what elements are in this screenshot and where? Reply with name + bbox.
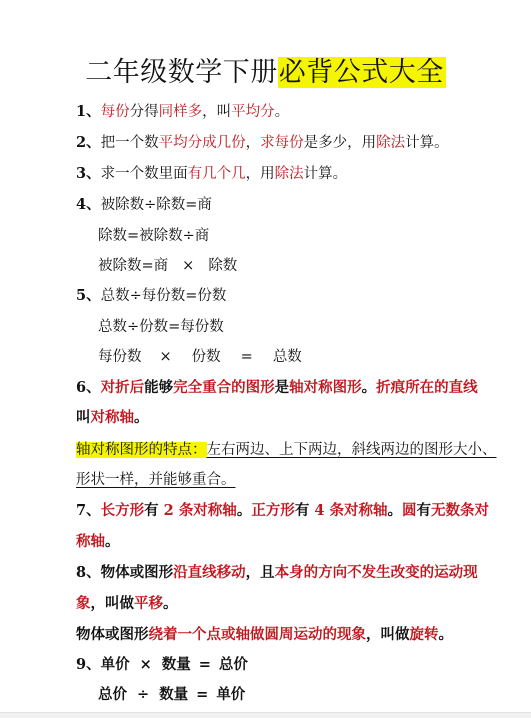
formula-term: 除数 [208,258,237,274]
item-5-formula-3: 每份数×份数=总数 [98,347,302,367]
emphasis-text: 平移 [134,595,163,612]
text: 物体或图形 [76,626,149,643]
emphasis-text: 圆 [402,502,417,519]
title-highlight: 必背公式大全 [278,57,446,88]
text: 能够 [144,379,173,396]
emphasis-text: 条对称轴 [179,502,237,519]
text: 。 [105,533,120,550]
item-number: 8、 [76,564,101,581]
text: ，用 [246,166,275,182]
item-8-rotation: 物体或图形绕着一个点或轴做圆周运动的现象，叫做旋转。 [76,625,453,645]
item-9: 9、单价×数量=总价 [76,655,248,675]
emphasis-text: 平均分 [231,104,275,120]
formula-term: 总价 [219,656,248,673]
item-8: 8、物体或图形沿直线移动，且本身的方向不发生改变的运动现 [76,563,478,583]
emphasis-text: 本身的方向不发生改变的运动现 [275,564,478,581]
item-number: 1、 [76,103,101,120]
formula-term: 每份数 [98,349,142,365]
emphasis-text: 无数条对 [431,502,489,519]
formula: 总数÷份数=每份数 [98,319,224,335]
emphasis-text: 平均分成几份 [159,135,246,151]
text: ，叫 [202,104,231,120]
item-6-continued: 叫对称轴。 [76,408,149,428]
feature-text: 左右两边、上下两边，斜线两边的图形大小、 [207,442,497,458]
text: 。 [275,104,290,120]
text: 。 [134,409,149,426]
text: 是 [275,379,290,396]
item-number: 4、 [76,196,101,213]
emphasis-text: 正方形 [251,502,295,519]
item-3: 3、求一个数里面有几个几，用除法计算。 [76,164,347,184]
item-number: 9、 [76,656,101,673]
multiply-operator: × [160,349,172,365]
item-6: 6、对折后能够完全重合的图形是轴对称图形。折痕所在的直线 [76,378,478,398]
text: 求一个数里面 [101,166,188,182]
emphasis-text: 除法 [376,135,405,151]
emphasis-text: 除法 [275,166,304,182]
text: 有 [144,502,159,519]
feature-label: 轴对称图形的特点： [76,442,207,458]
item-5-formula-2: 总数÷份数=每份数 [98,317,224,337]
symmetry-feature-note-continued: 形状一样，并能够重合。 [76,470,236,490]
formula-term: 份数 [192,349,221,365]
item-5: 5、总数÷每份数=份数 [76,286,226,306]
text: ，叫做 [91,595,135,612]
emphasis-text: 沿直线移动 [173,564,246,581]
item-number: 5、 [76,287,101,304]
title-plain: 二年级数学下册 [85,57,278,88]
divide-operator: ÷ [137,686,149,703]
item-7-continued: 称轴。 [76,532,120,552]
formula-term: 被除数=商 [98,258,168,274]
formula-term: 数量 [159,686,188,703]
item-number: 3、 [76,165,101,182]
emphasis-text: 轴对称图形 [289,379,362,396]
emphasis-text: 完全重合的图形 [173,379,275,396]
emphasis-number: 4 [314,502,324,519]
formula-term: 总数 [273,349,302,365]
text: 计算。 [405,135,449,151]
emphasis-text: 每份 [101,104,130,120]
emphasis-text: 称轴 [76,533,105,550]
emphasis-number: 2 [164,502,174,519]
page-bottom-edge [0,712,531,718]
text: 计算。 [304,166,348,182]
text: 叫 [76,409,91,426]
item-7: 7、长方形有 2 条对称轴。正方形有 4 条对称轴。圆有无数条对 [76,501,489,521]
text: 。 [388,502,403,519]
text: 有 [417,502,432,519]
item-4-formula-2: 除数=被除数÷商 [98,226,209,246]
feature-text: 形状一样，并能够重合。 [76,472,236,488]
emphasis-text: 对折后 [101,379,145,396]
text: 是多少，用 [304,135,377,151]
emphasis-text: 旋转 [410,626,439,643]
emphasis-text: 求每份 [260,135,304,151]
text: ，且 [246,564,275,581]
item-2: 2、把一个数平均分成几份，求每份是多少，用除法计算。 [76,133,449,153]
text: 有 [295,502,310,519]
emphasis-text: 条对称轴 [330,502,388,519]
text: 。 [362,379,377,396]
text: 。 [439,626,454,643]
equals-operator: = [241,349,253,365]
item-9-formula-2: 总价÷数量=单价 [98,685,245,705]
formula-term: 总价 [98,686,127,703]
formula-term: 数量 [162,656,191,673]
item-number: 7、 [76,502,101,519]
emphasis-text: 长方形 [101,502,145,519]
multiply-operator: × [182,258,194,274]
formula: 被除数÷除数=商 [101,197,212,213]
text: 。 [237,502,252,519]
page-title: 二年级数学下册必背公式大全 [0,55,531,91]
item-4-formula-3: 被除数=商×除数 [98,256,237,276]
equals-operator: = [199,656,211,673]
formula: 总数÷每份数=份数 [101,288,227,304]
text: ， [246,135,261,151]
emphasis-text: 对称轴 [91,409,135,426]
emphasis-text: 有几个几 [188,166,246,182]
text: ，叫做 [366,626,410,643]
text: 。 [163,595,178,612]
item-number: 2、 [76,134,101,151]
text: 分得 [130,104,159,120]
formula: 除数=被除数÷商 [98,228,209,244]
item-number: 6、 [76,379,101,396]
emphasis-text: 绕着一个点或轴做圆周运动的现象 [149,626,367,643]
item-1: 1、每份分得同样多，叫平均分。 [76,102,289,122]
item-4: 4、被除数÷除数=商 [76,195,212,215]
document-page: 二年级数学下册必背公式大全 1、每份分得同样多，叫平均分。 2、把一个数平均分成… [0,0,531,712]
text: 把一个数 [101,135,159,151]
emphasis-text: 同样多 [159,104,203,120]
item-8-continued: 象，叫做平移。 [76,594,178,614]
formula-term: 单价 [101,656,130,673]
symmetry-feature-note: 轴对称图形的特点：左右两边、上下两边，斜线两边的图形大小、 [76,440,497,460]
multiply-operator: × [140,656,152,673]
equals-operator: = [196,686,208,703]
emphasis-text: 象 [76,595,91,612]
formula-term: 单价 [216,686,245,703]
text: 物体或图形 [101,564,174,581]
emphasis-text: 折痕所在的直线 [376,379,478,396]
